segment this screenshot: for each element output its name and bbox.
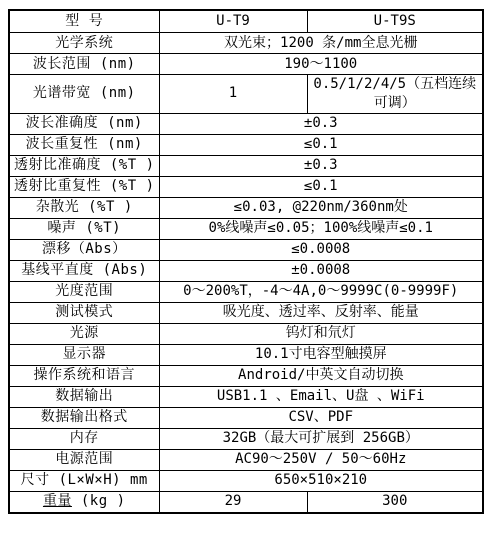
row-label: 杂散光 (%T ) <box>9 197 159 218</box>
row-label: 电源范围 <box>9 449 159 470</box>
table-row: 杂散光 (%T )≤0.03, @220nm/360nm处 <box>9 197 483 218</box>
row-value: AC90～250V / 50～60Hz <box>159 449 483 470</box>
table-row: 电源范围AC90～250V / 50～60Hz <box>9 449 483 470</box>
table-row: 波长范围 (nm)190～1100 <box>9 54 483 75</box>
row-label: 数据输出格式 <box>9 407 159 428</box>
row-value: U-T9 <box>159 10 307 33</box>
table-row: 波长重复性 (nm)≤0.1 <box>9 134 483 155</box>
table-row: 漂移（Abs）≤0.0008 <box>9 239 483 260</box>
table-row: 波长准确度 (nm)±0.3 <box>9 113 483 134</box>
row-label: 波长范围 (nm) <box>9 54 159 75</box>
row-value: 32GB（最大可扩展到 256GB） <box>159 428 483 449</box>
underlined-label-part: 重量 <box>43 493 72 509</box>
row-value: 1 <box>159 75 307 114</box>
row-label: 光度范围 <box>9 281 159 302</box>
table-row: 光度范围0～200%T，-4～4A,0～9999C(0-9999F) <box>9 281 483 302</box>
row-label: 显示器 <box>9 344 159 365</box>
row-label: 光学系统 <box>9 33 159 54</box>
page: { "colors": { "border": "#000000", "back… <box>0 0 496 541</box>
row-value: 钨灯和氘灯 <box>159 323 483 344</box>
table-row: 噪声 (%T)0%线噪声≤0.05；100%线噪声≤0.1 <box>9 218 483 239</box>
table-row: 光学系统双光束；1200 条/mm全息光栅 <box>9 33 483 54</box>
row-label: 波长重复性 (nm) <box>9 134 159 155</box>
row-value: ≤0.0008 <box>159 239 483 260</box>
row-value: 300 <box>307 491 483 513</box>
table-row: 重量 (kg )29300 <box>9 491 483 513</box>
row-value: ±0.3 <box>159 113 483 134</box>
spec-table: 型 号U-T9U-T9S光学系统双光束；1200 条/mm全息光栅波长范围 (n… <box>8 9 484 514</box>
row-label: 透射比准确度 (%T ) <box>9 155 159 176</box>
table-row: 数据输出USB1.1 、Email、U盘 、WiFi <box>9 386 483 407</box>
row-value: U-T9S <box>307 10 483 33</box>
table-row: 基线平直度 (Abs)±0.0008 <box>9 260 483 281</box>
row-label: 数据输出 <box>9 386 159 407</box>
table-row: 内存32GB（最大可扩展到 256GB） <box>9 428 483 449</box>
row-value: 10.1寸电容型触摸屏 <box>159 344 483 365</box>
row-value: 0.5/1/2/4/5（五档连续可调） <box>307 75 483 114</box>
row-value: CSV、PDF <box>159 407 483 428</box>
table-row: 显示器10.1寸电容型触摸屏 <box>9 344 483 365</box>
table-row: 尺寸 (L×W×H) mm650×510×210 <box>9 470 483 491</box>
row-label: 波长准确度 (nm) <box>9 113 159 134</box>
row-value: 双光束；1200 条/mm全息光栅 <box>159 33 483 54</box>
row-label: 型 号 <box>9 10 159 33</box>
table-row: 数据输出格式CSV、PDF <box>9 407 483 428</box>
table-row: 光谱带宽 (nm)10.5/1/2/4/5（五档连续可调） <box>9 75 483 114</box>
row-value: 29 <box>159 491 307 513</box>
row-value: 190～1100 <box>159 54 483 75</box>
row-label: 光谱带宽 (nm) <box>9 75 159 114</box>
row-value: ≤0.1 <box>159 134 483 155</box>
row-label: 重量 (kg ) <box>9 491 159 513</box>
row-value: Android/中英文自动切换 <box>159 365 483 386</box>
row-label: 光源 <box>9 323 159 344</box>
row-label: 基线平直度 (Abs) <box>9 260 159 281</box>
row-label: 尺寸 (L×W×H) mm <box>9 470 159 491</box>
row-value: USB1.1 、Email、U盘 、WiFi <box>159 386 483 407</box>
table-row: 操作系统和语言Android/中英文自动切换 <box>9 365 483 386</box>
spec-table-body: 型 号U-T9U-T9S光学系统双光束；1200 条/mm全息光栅波长范围 (n… <box>9 10 483 513</box>
row-label: 内存 <box>9 428 159 449</box>
row-value: 0～200%T，-4～4A,0～9999C(0-9999F) <box>159 281 483 302</box>
row-label: 测试模式 <box>9 302 159 323</box>
row-label: 透射比重复性 (%T ) <box>9 176 159 197</box>
row-value: ≤0.1 <box>159 176 483 197</box>
row-value: ±0.0008 <box>159 260 483 281</box>
table-row: 光源钨灯和氘灯 <box>9 323 483 344</box>
table-row: 透射比准确度 (%T )±0.3 <box>9 155 483 176</box>
row-value: 0%线噪声≤0.05；100%线噪声≤0.1 <box>159 218 483 239</box>
table-row: 透射比重复性 (%T )≤0.1 <box>9 176 483 197</box>
row-label: 漂移（Abs） <box>9 239 159 260</box>
row-value: ±0.3 <box>159 155 483 176</box>
row-value: 650×510×210 <box>159 470 483 491</box>
table-row: 型 号U-T9U-T9S <box>9 10 483 33</box>
row-value: 吸光度、透过率、反射率、能量 <box>159 302 483 323</box>
row-value: ≤0.03, @220nm/360nm处 <box>159 197 483 218</box>
row-label: 操作系统和语言 <box>9 365 159 386</box>
row-label: 噪声 (%T) <box>9 218 159 239</box>
table-row: 测试模式吸光度、透过率、反射率、能量 <box>9 302 483 323</box>
